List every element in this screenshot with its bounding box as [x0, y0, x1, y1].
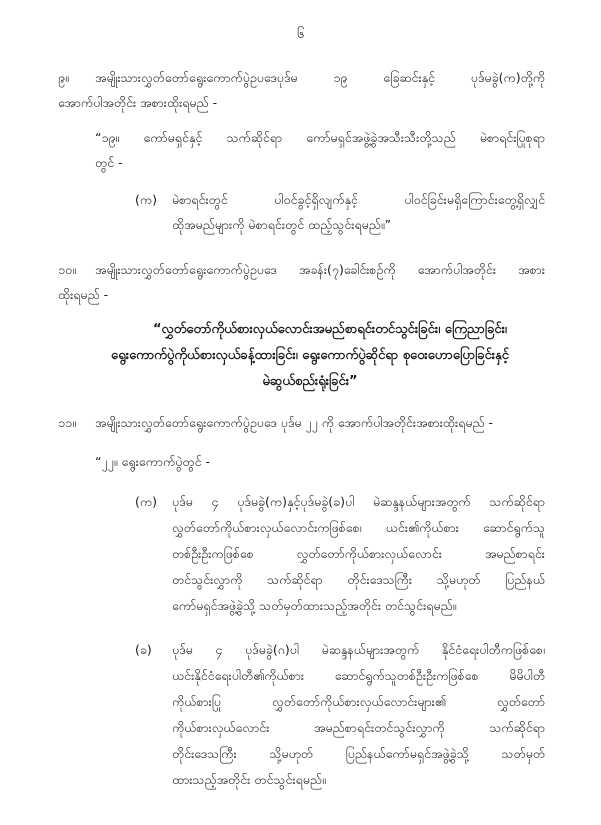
item-line: ထိုအမည်များကို မဲစာရင်းတွင် ထည့်သွင်းရမည… — [172, 215, 391, 235]
section-text-line: အမျိုးသားလွှတ်တော်ရွေးကောက်ပွဲဥပဒေ ပုဒ်မ… — [95, 413, 493, 433]
item-line: ပုဒ်မ ၄ ပုဒ်မခွဲ(ဂ)ပါ မဲဆန္ဒနယ်များအတွက်… — [172, 640, 545, 660]
quote-line: “၂၂။ ရွေးကောက်ပွဲတွင် - — [95, 452, 210, 472]
item-line: ယင်းနိုင်ငံရေးပါတီ၏ကိုယ်စား ဆောင်ရွက်သူတ… — [172, 666, 545, 686]
item-label: (က) — [135, 492, 157, 512]
quote-line: တွင် - — [95, 153, 123, 173]
item-line: လွှတ်တော်ကိုယ်စားလှယ်လောင်းကဖြစ်စေ၊ ယင်း… — [172, 518, 545, 538]
item-line: ပုဒ်မ ၄ ပုဒ်မခွဲ(က)နှင့်ပုဒ်မခွဲ(ခ)ပါ မဲ… — [172, 492, 545, 512]
section-text-line: ထိုးရမည် - — [58, 285, 108, 305]
item-line: တစ်ဦးဦးကဖြစ်စေ လွှတ်တော်ကိုယ်စားလှယ်လောင… — [172, 544, 545, 564]
chapter-heading-line: မဲဆွယ်စည်းရုံးခြင်း” — [40, 372, 580, 392]
section-text-line: အောက်ပါအတိုင်း အစားထိုးရမည် - — [58, 93, 217, 113]
section-number: ၁၀။ — [58, 260, 76, 280]
section-number: ၁၁။ — [58, 413, 76, 433]
item-line: ထားသည့်အတိုင်း တင်သွင်းရမည်။ — [172, 770, 326, 790]
item-line: ကော်မရှင်အဖွဲ့ခွဲသို့ သတ်မှတ်ထားသည့်အတို… — [172, 596, 456, 616]
item-line: တင်သွင်းလွှာကို သက်ဆိုင်ရာ တိုင်းဒေသကြီး… — [172, 570, 545, 590]
section-number: ၉။ — [58, 68, 69, 88]
item-line: တိုင်းဒေသကြီး သို့မဟုတ် ပြည်နယ်ကော်မရှင်… — [172, 744, 545, 764]
chapter-heading-line: ရွေးကောက်ပွဲကိုယ်စားလှယ်ခန့်ထားခြင်း၊ ရွ… — [40, 346, 580, 366]
item-line: မဲစာရင်းတွင် ပါဝင်ခွင့်ရှိလျက်နှင့် ပါဝင… — [172, 190, 545, 210]
item-label: (ခ) — [135, 640, 152, 660]
item-line: ကိုယ်စားလှယ်လောင်း အမည်စာရင်းတင်သွင်းလွှ… — [172, 718, 545, 738]
item-line: ကိုယ်စားပြု လွှတ်တော်ကိုယ်စားလှယ်လောင်းမ… — [172, 692, 545, 712]
section-text-line: အမျိုးသားလွှတ်တော်ရွေးကောက်ပွဲဥပဒေပုဒ်မ … — [95, 68, 545, 88]
page-number: ၆ — [0, 26, 601, 45]
chapter-heading-line: “လွှတ်တော်ကိုယ်စားလှယ်လောင်းအမည်စာရင်းတင… — [60, 320, 600, 340]
item-label: (က) — [135, 190, 157, 210]
quote-line: “၁၉။ ကော်မရှင်နှင့် သက်ဆိုင်ရာ ကော်မရှင်… — [95, 128, 545, 148]
section-text-line: အမျိုးသားလွှတ်တော်ရွေးကောက်ပွဲဥပဒေ အခန်း… — [95, 260, 545, 280]
